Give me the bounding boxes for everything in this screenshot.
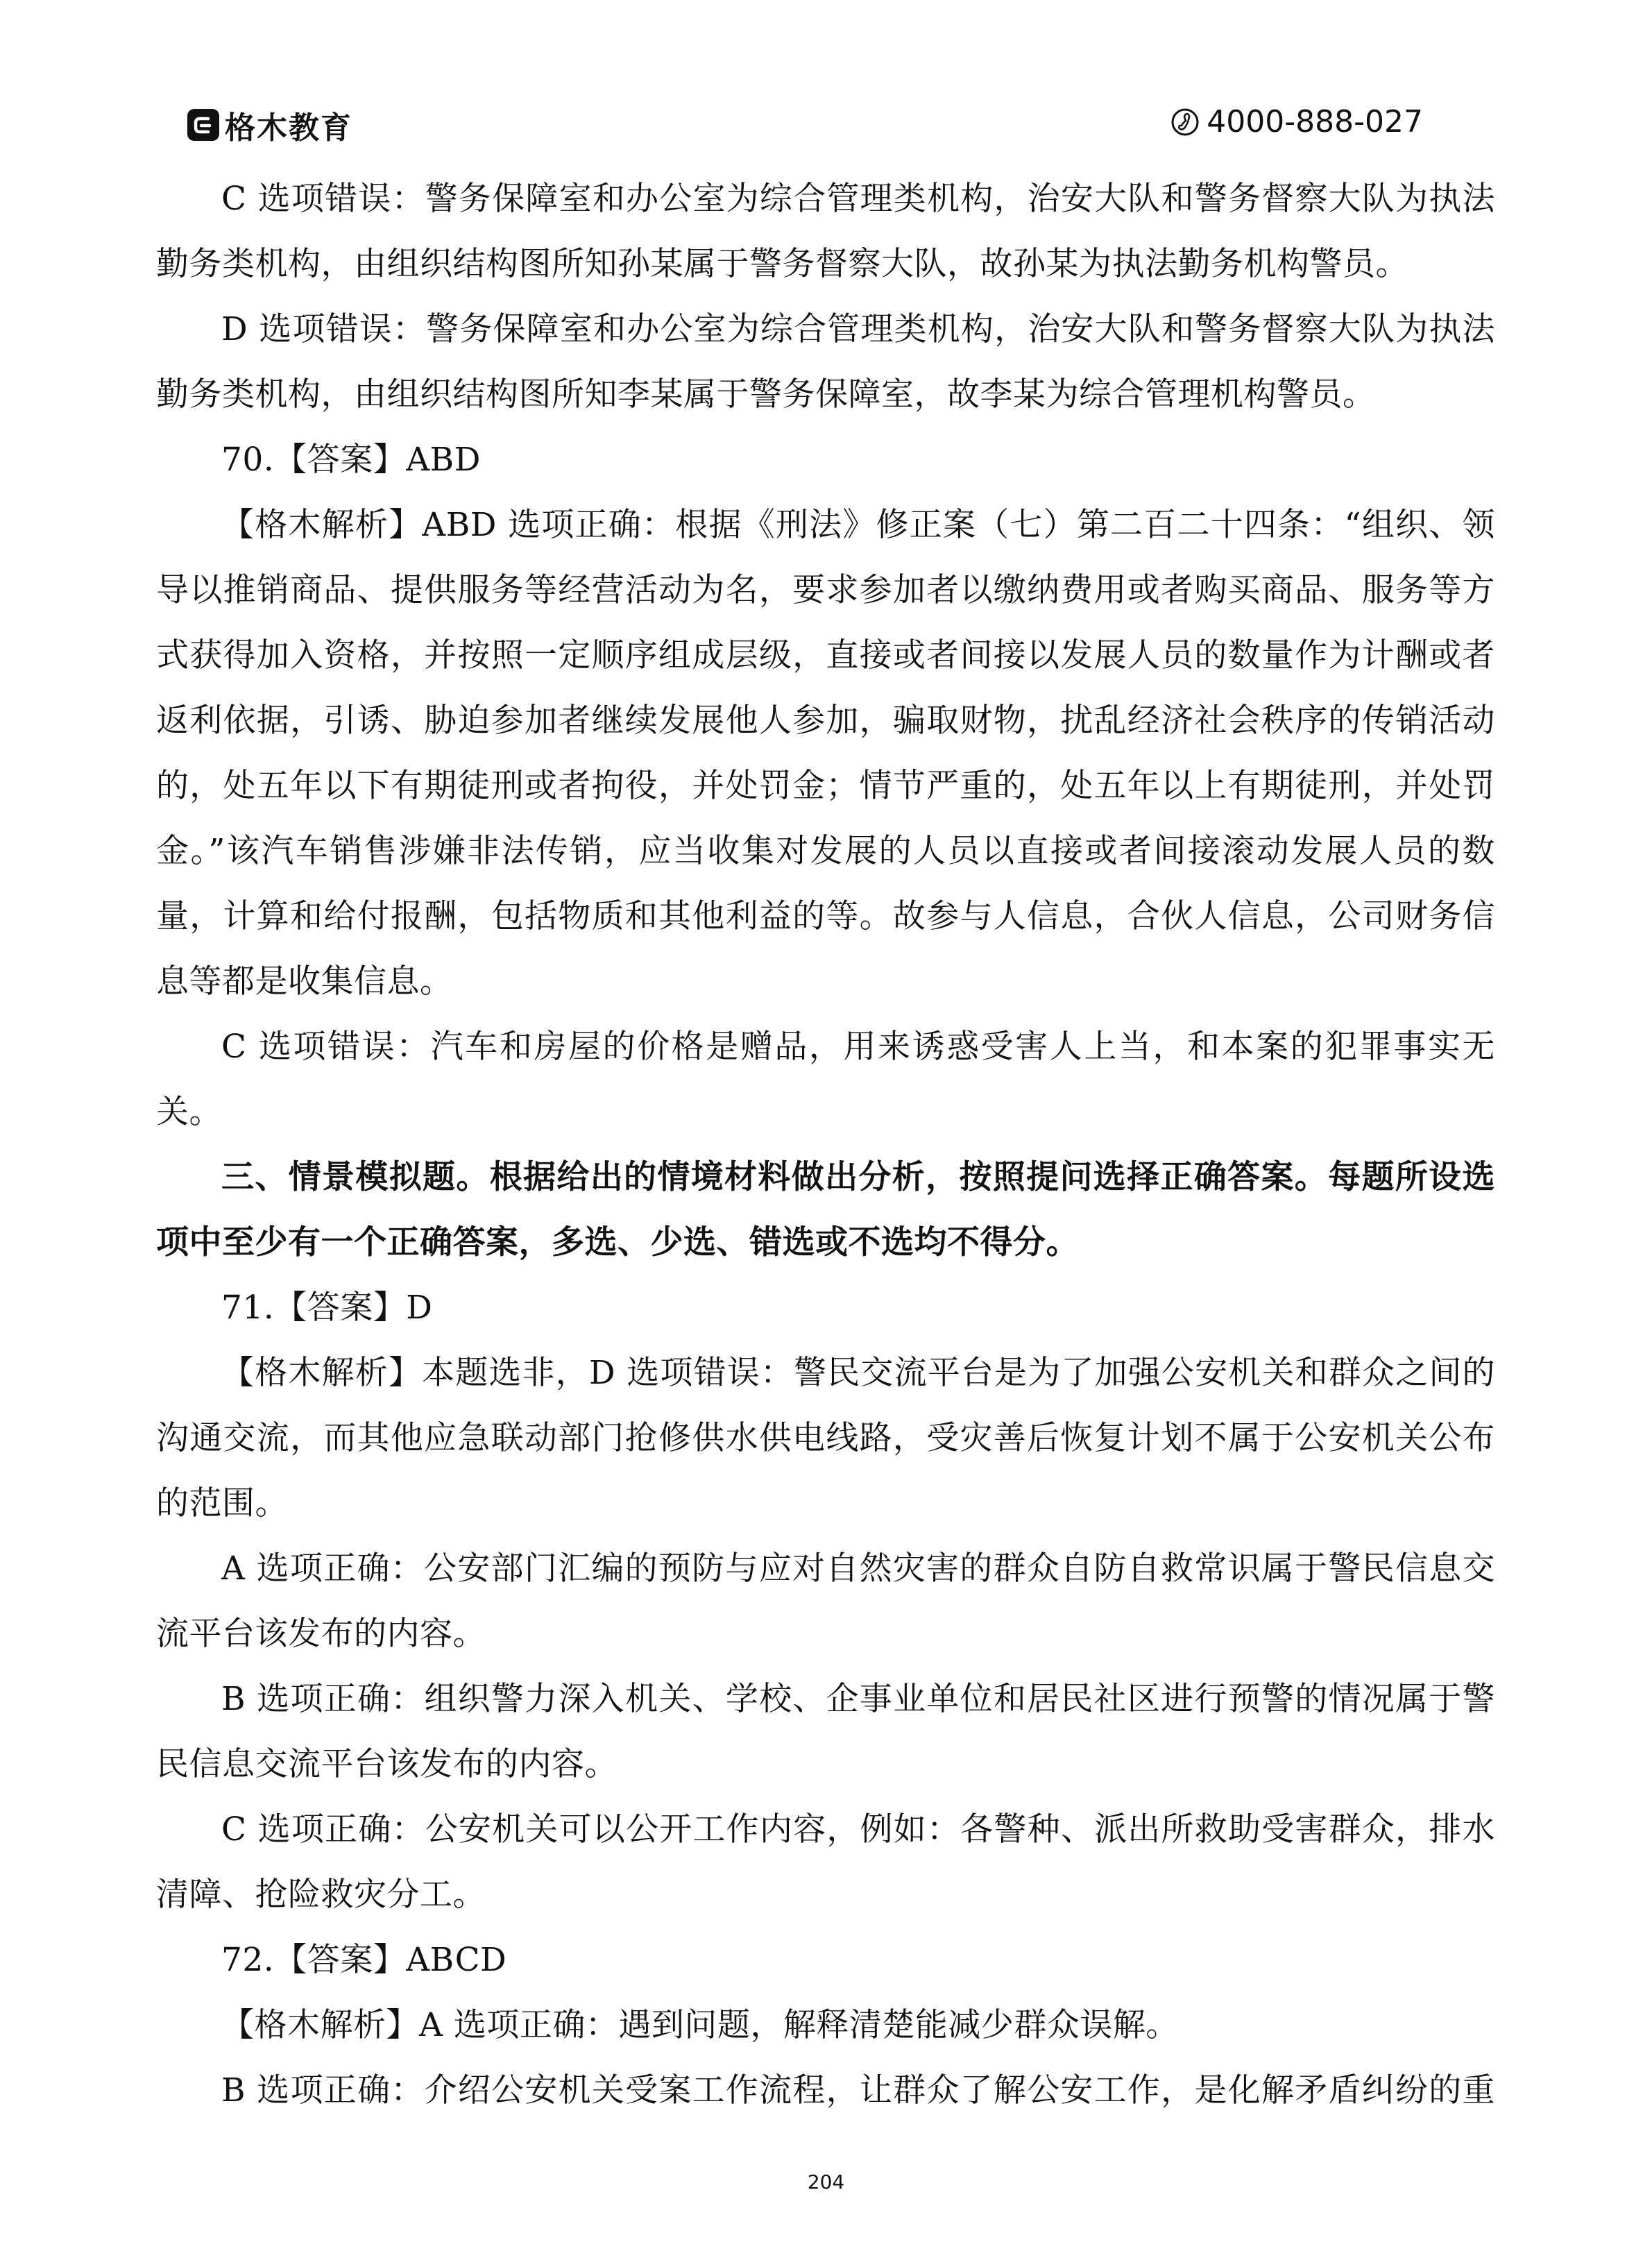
analysis-72-a-option: 【格木解析】A 选项正确：遇到问题，解释清楚能减少群众误解。	[156, 1993, 1495, 2058]
analysis-71: 【格木解析】本题选非，D 选项错误：警民交流平台是为了加强公安机关和群众之间的沟…	[156, 1341, 1495, 1536]
analysis-70: 【格木解析】ABD 选项正确：根据《刑法》修正案（七）第二百二十四条：“组织、领…	[156, 493, 1495, 1014]
answer-72: 72.【答案】ABCD	[156, 1928, 1495, 1993]
document-body: C 选项错误：警务保障室和办公室为综合管理类机构，治安大队和警务督察大队为执法勤…	[156, 167, 1495, 2123]
section-heading-scenario: 三、情景模拟题。根据给出的情境材料做出分析，按照提问选择正确答案。每题所设选项中…	[156, 1145, 1495, 1275]
brand-logo: 格木教育	[187, 103, 352, 147]
brand-name: 格木教育	[225, 103, 352, 147]
answer-71: 71.【答案】D	[156, 1275, 1495, 1341]
analysis-71-a-option: A 选项正确：公安部门汇编的预防与应对自然灾害的群众自防自救常识属于警民信息交流…	[156, 1536, 1495, 1667]
paragraph-c-option-sun: C 选项错误：警务保障室和办公室为综合管理类机构，治安大队和警务督察大队为执法勤…	[156, 167, 1495, 297]
hotline: 4000-888-027	[1170, 104, 1423, 139]
analysis-71-b-option: B 选项正确：组织警力深入机关、学校、企事业单位和居民社区进行预警的情况属于警民…	[156, 1667, 1495, 1797]
phone-icon	[1170, 108, 1200, 137]
brand-logo-icon	[187, 109, 219, 141]
paragraph-d-option-li: D 选项错误：警务保障室和办公室为综合管理类机构，治安大队和警务督察大队为执法勤…	[156, 297, 1495, 427]
analysis-72-b-option: B 选项正确：介绍公安机关受案工作流程，让群众了解公安工作，是化解矛盾纠纷的重	[156, 2058, 1495, 2123]
phone-number: 4000-888-027	[1207, 104, 1423, 139]
answer-70: 70.【答案】ABD	[156, 427, 1495, 493]
page-number: 204	[0, 2171, 1652, 2193]
page-header: 格木教育 4000-888-027	[187, 103, 1423, 144]
analysis-71-c-option: C 选项正确：公安机关可以公开工作内容，例如：各警种、派出所救助受害群众，排水清…	[156, 1797, 1495, 1928]
analysis-70-c-option: C 选项错误：汽车和房屋的价格是赠品，用来诱惑受害人上当，和本案的犯罪事实无关。	[156, 1014, 1495, 1145]
